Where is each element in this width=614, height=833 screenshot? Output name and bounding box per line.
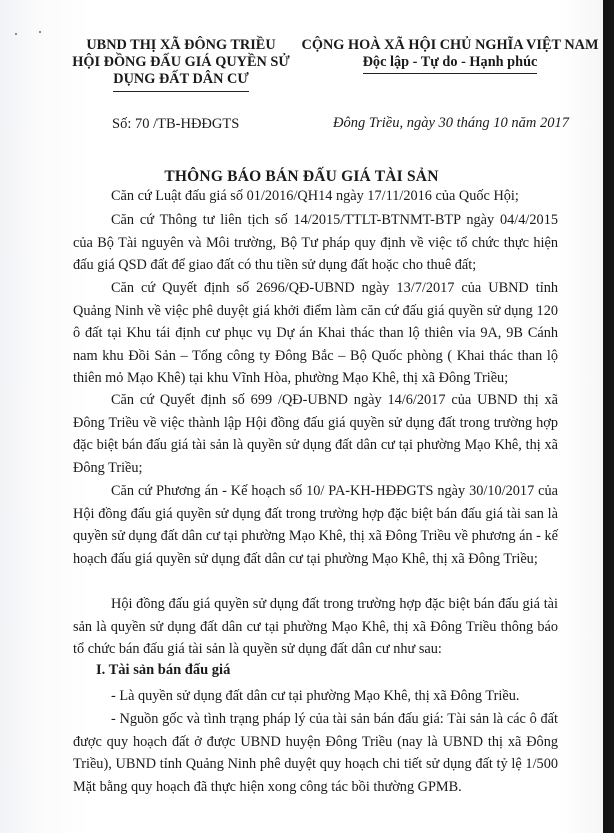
paragraph-legal-basis-5: Căn cứ Phương án - Kế hoạch số 10/ PA-KH…: [73, 480, 558, 570]
document-title: THÔNG BÁO BÁN ĐẤU GIÁ TÀI SẢN: [0, 168, 603, 186]
authority-line-3: DỤNG ĐẤT DÂN CƯ: [113, 71, 248, 92]
section-1-item-1: - Là quyền sử dụng đất dân cư tại phường…: [73, 685, 558, 708]
authority-line-2: HỘI ĐỒNG ĐẤU GIÁ QUYỀN SỬ: [66, 54, 296, 71]
paragraph-legal-basis-1: Căn cứ Luật đấu giá số 01/2016/QH14 ngày…: [73, 185, 558, 208]
national-title: CỘNG HOÀ XÃ HỘI CHỦ NGHĨA VIỆT NAM: [300, 37, 600, 54]
place-date: Đông Triều, ngày 30 tháng 10 năm 2017: [333, 115, 569, 132]
section-1-heading: I. Tài sản bán đấu giá: [96, 662, 230, 679]
scan-border: [603, 0, 614, 833]
paragraph-legal-basis-2: Căn cứ Thông tư liên tịch số 14/2015/TTL…: [73, 209, 558, 277]
paragraph-legal-basis-3: Căn cứ Quyết định số 2696/QĐ-UBND ngày 1…: [73, 277, 558, 390]
scan-specks: [12, 31, 42, 39]
issuing-authority: UBND THỊ XÃ ĐÔNG TRIỀU HỘI ĐỒNG ĐẤU GIÁ …: [66, 37, 296, 92]
national-header: CỘNG HOÀ XÃ HỘI CHỦ NGHĨA VIỆT NAM Độc l…: [300, 37, 600, 74]
document-page: UBND THỊ XÃ ĐÔNG TRIỀU HỘI ĐỒNG ĐẤU GIÁ …: [0, 0, 603, 833]
paragraph-announcement: Hội đồng đấu giá quyền sử dụng đất trong…: [73, 593, 558, 661]
section-1-item-2: - Nguồn gốc và tình trạng pháp lý của tà…: [73, 708, 558, 798]
authority-line-1: UBND THỊ XÃ ĐÔNG TRIỀU: [66, 37, 296, 54]
national-motto: Độc lập - Tự do - Hạnh phúc: [363, 54, 538, 74]
document-number: Số: 70 /TB-HĐĐGTS: [112, 116, 239, 133]
paragraph-legal-basis-4: Căn cứ Quyết định số 699 /QĐ-UBND ngày 1…: [73, 389, 558, 479]
